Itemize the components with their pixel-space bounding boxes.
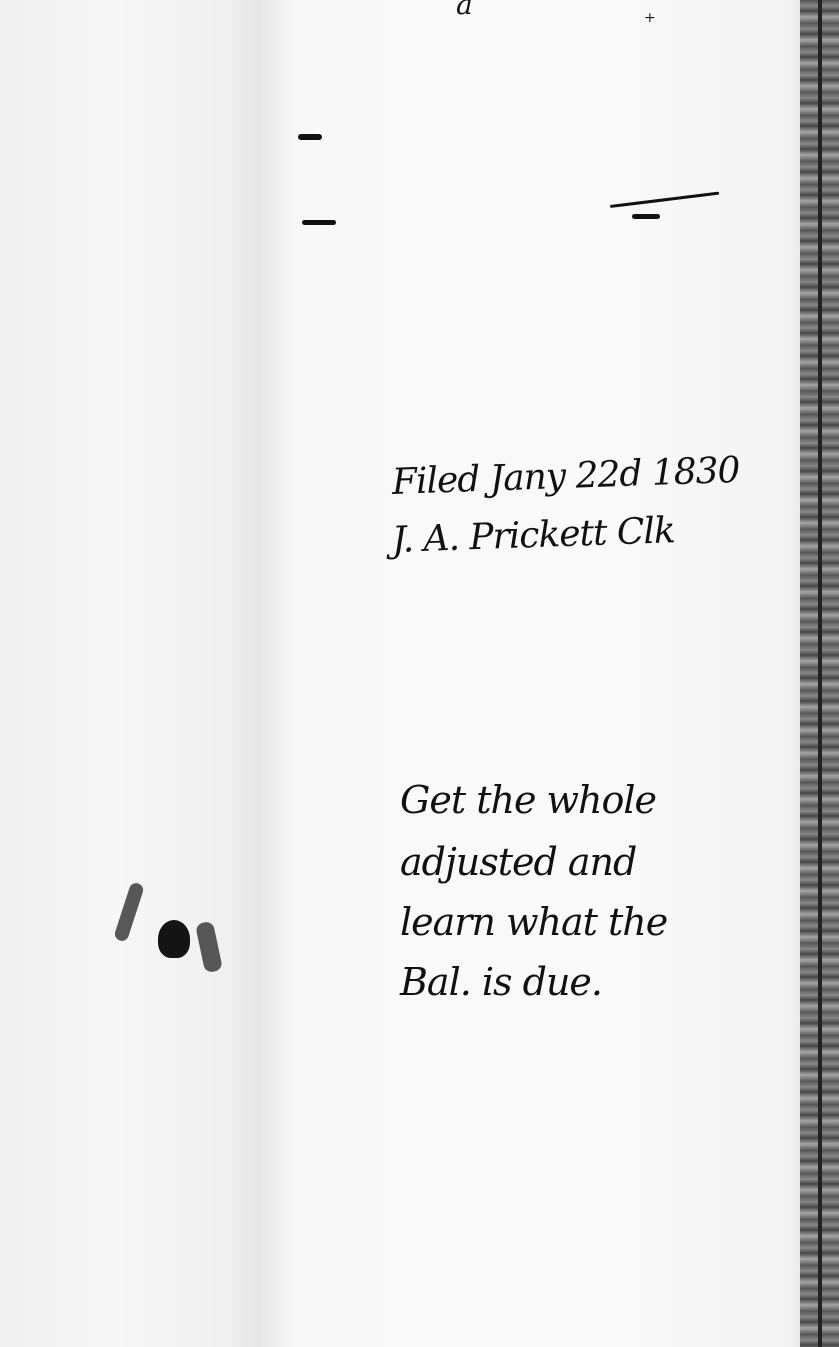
fold-shadow — [230, 0, 290, 1347]
ink-blot-right — [195, 921, 223, 974]
ink-blot-center — [158, 920, 190, 958]
ink-stroke-3 — [610, 192, 720, 208]
ink-blot-left — [113, 881, 145, 942]
ink-dash-1 — [298, 134, 322, 140]
binding-edge-line — [818, 0, 822, 1347]
ink-dash-4 — [632, 214, 660, 219]
memo-line-1: Get the whole — [400, 778, 656, 822]
ink-dash-2 — [302, 220, 336, 225]
memo-line-4: Bal. is due. — [400, 960, 602, 1004]
document-page: a + Filed Jany 22d 1830 J. A. Prickett C… — [0, 0, 839, 1347]
memo-line-3: learn what the — [400, 900, 667, 944]
memo-line-2: adjusted and — [400, 840, 636, 884]
filing-date-line: Filed Jany 22d 1830 — [391, 450, 740, 503]
corner-mark: + — [644, 10, 656, 26]
clerk-signature-line: J. A. Prickett Clk — [391, 510, 675, 561]
top-fragment-text: a — [456, 0, 473, 21]
